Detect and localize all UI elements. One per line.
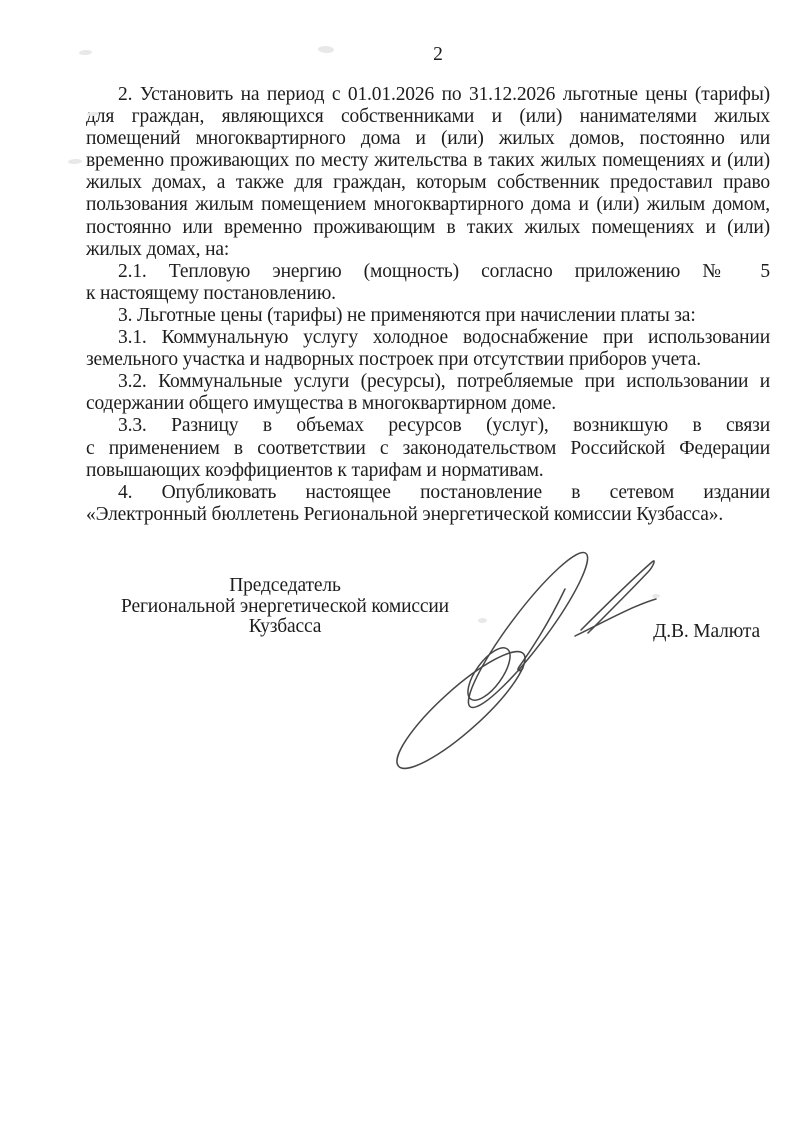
paragraph-line: «Электронный бюллетень Региональной энер… <box>86 504 770 526</box>
paragraph-line: 3.1. Коммунальную услугу холодное водосн… <box>86 327 770 349</box>
paragraph-line: 3.2. Коммунальные услуги (ресурсы), потр… <box>86 371 770 393</box>
paragraph-line: жилых домах, на: <box>86 239 770 261</box>
paragraph-line: 3. Льготные цены (тарифы) не применяются… <box>86 305 770 327</box>
paragraph-line: 2.1. Тепловую энергию (мощность) согласн… <box>86 261 770 283</box>
paragraph-line: земельного участка и надворных построек … <box>86 349 770 371</box>
page-number: 2 <box>86 44 770 66</box>
scan-smudge <box>652 594 660 598</box>
document-page: 2 2. Установить на период с 01.01.2026 п… <box>0 0 793 1122</box>
paragraph-line: 4. Опубликовать настоящее постановление … <box>86 482 770 504</box>
document-body: 2. Установить на период с 01.01.2026 по … <box>86 84 770 526</box>
paragraph-line: жилых домах, а также для граждан, которы… <box>86 172 770 194</box>
paragraph-line: содержании общего имущества в многокварт… <box>86 393 770 415</box>
signer-name: Д.В. Малюта <box>653 621 760 643</box>
paragraph-line: временно проживающих по месту жительства… <box>86 150 770 172</box>
paragraph-line: для граждан, являющихся собственниками и… <box>86 106 770 128</box>
paragraph-line: повышающих коэффициентов к тарифам и нор… <box>86 460 770 482</box>
paragraph-line: к настоящему постановлению. <box>86 283 770 305</box>
paragraph-line: с применением в соответствии с законодат… <box>86 438 770 460</box>
handwritten-signature <box>385 542 665 790</box>
paragraph-line: 2. Установить на период с 01.01.2026 по … <box>86 84 770 106</box>
scan-smudge <box>478 618 487 623</box>
paragraph-line: пользования жилым помещением многокварти… <box>86 194 770 216</box>
paragraph-line: помещений многоквартирного дома и (или) … <box>86 128 770 150</box>
paragraph-line: постоянно или временно проживающим в так… <box>86 217 770 239</box>
scan-smudge <box>68 159 82 165</box>
paragraph-line: 3.3. Разницу в объемах ресурсов (услуг),… <box>86 415 770 437</box>
